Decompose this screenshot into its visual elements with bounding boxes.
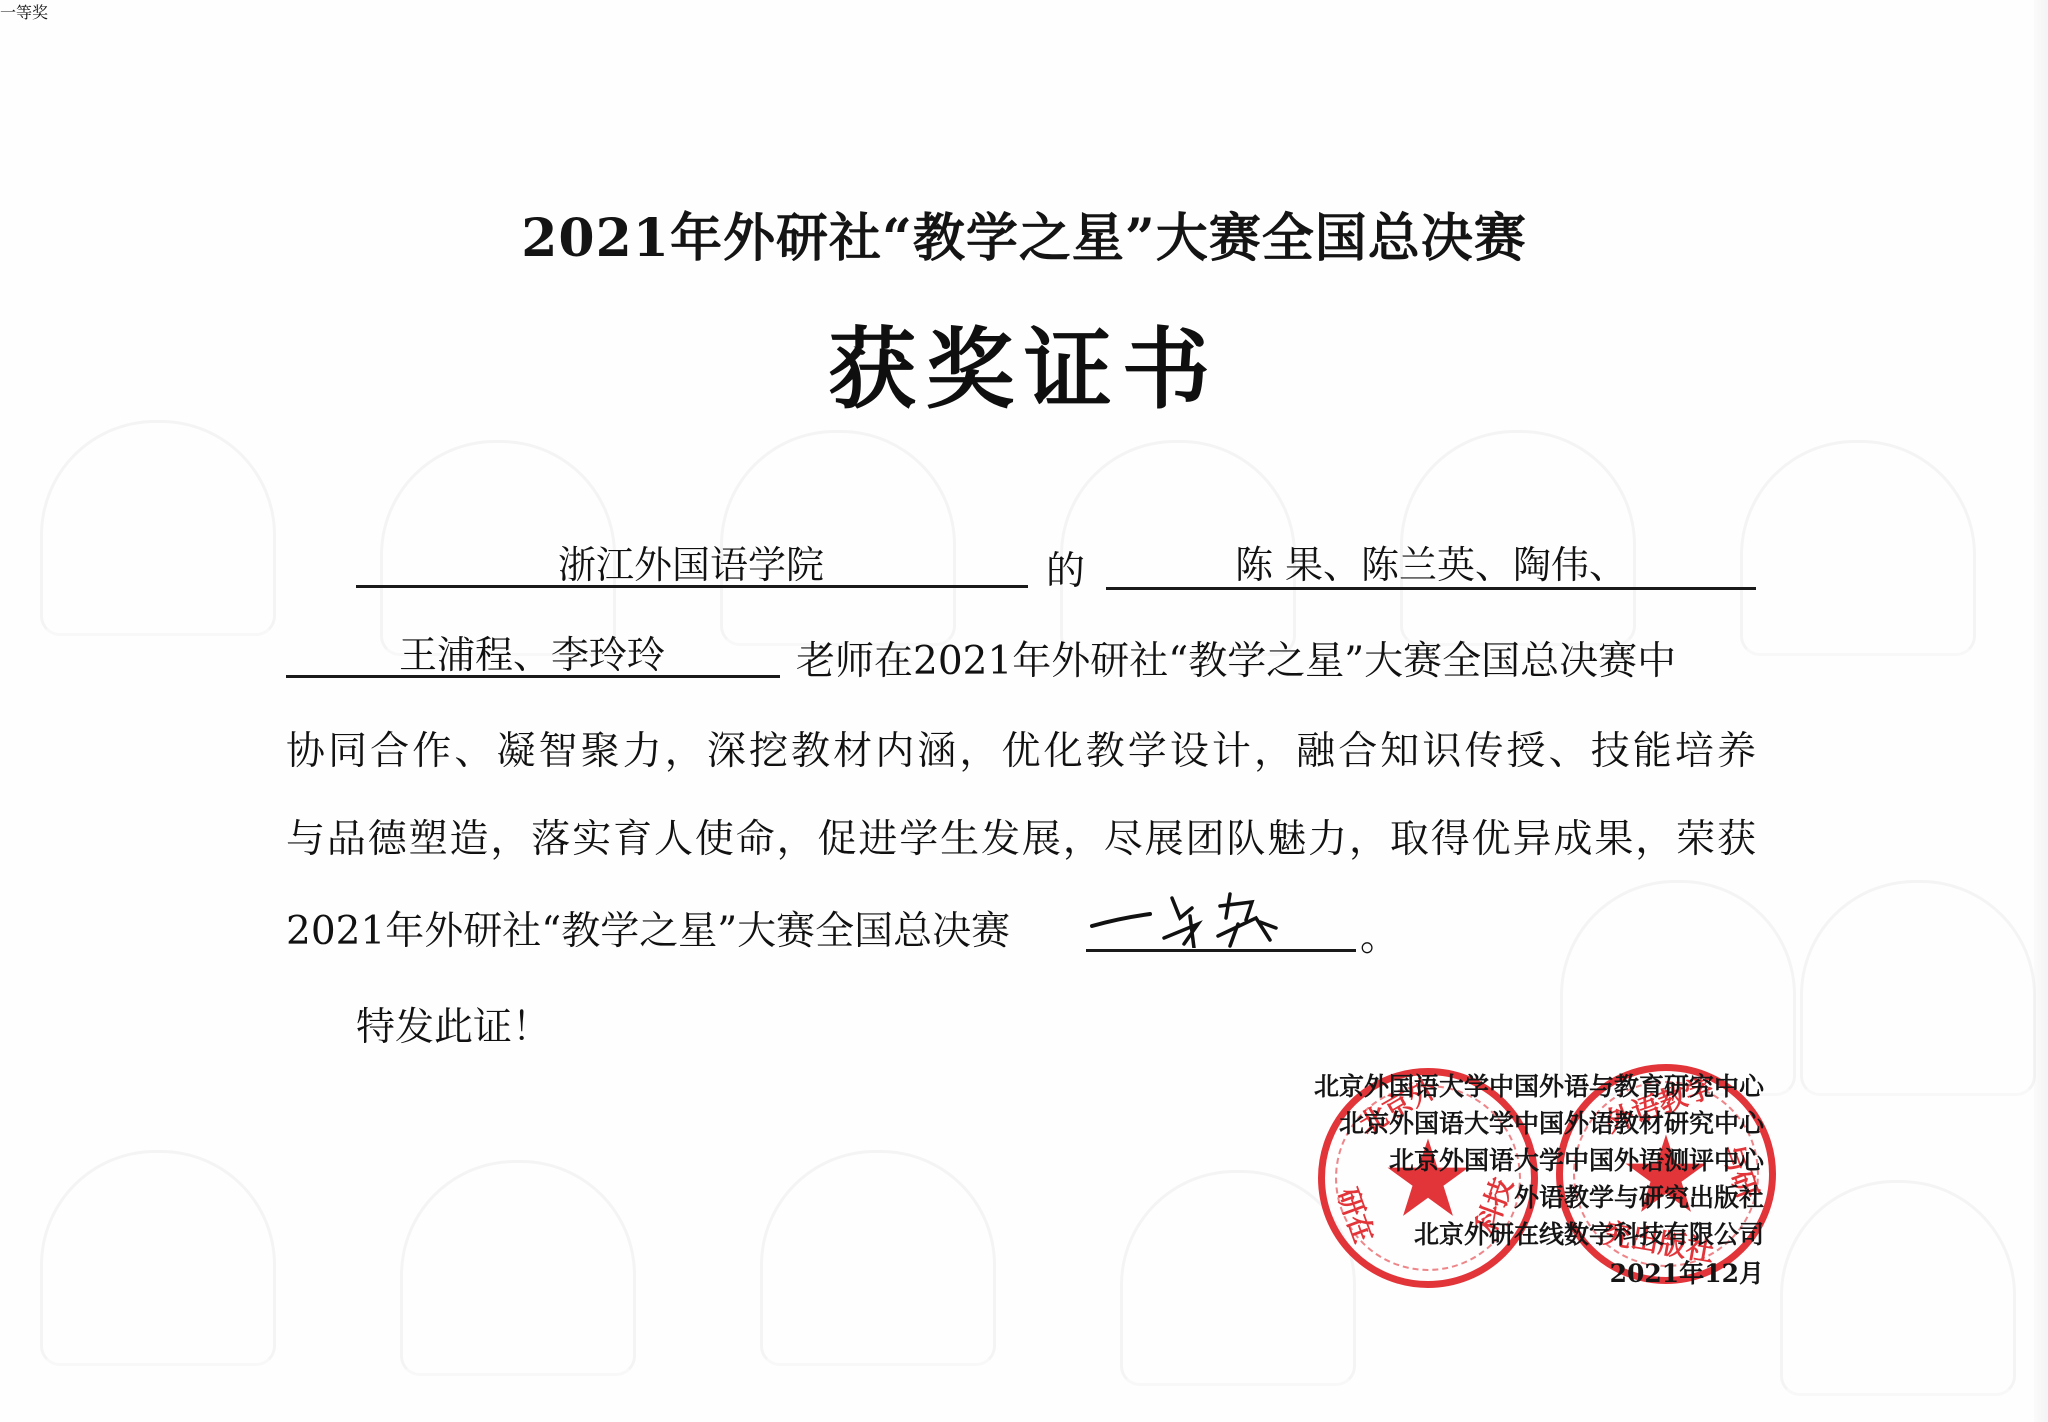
names-line1: 陈 果、陈兰英、陶伟、 xyxy=(1106,534,1756,589)
handwritten-award-signature xyxy=(1080,888,1310,948)
issuer-2: 北京外国语大学中国外语教材研究中心 xyxy=(1314,1105,1764,1142)
names-underline1 xyxy=(1106,587,1756,590)
names-underline2 xyxy=(286,675,780,678)
watermark xyxy=(1780,1180,2016,1396)
watermark xyxy=(400,1160,636,1376)
watermark xyxy=(40,1150,276,1366)
watermark xyxy=(40,420,276,636)
issuer-1: 北京外国语大学中国外语与教育研究中心 xyxy=(1314,1068,1764,1105)
issuer-3: 北京外国语大学中国外语测评中心 xyxy=(1314,1142,1764,1179)
certificate-paper: 2021年外研社“教学之星”大赛全国总决赛 获奖证书 浙江外国语学院 的 陈 果… xyxy=(0,0,2048,1422)
closing-text: 特发此证！ xyxy=(356,996,551,1052)
award-suffix: 。 xyxy=(1360,906,1399,962)
watermark xyxy=(1560,880,1796,1096)
issue-date: 2021年12月 xyxy=(1314,1255,1764,1292)
watermark xyxy=(1800,880,2036,1096)
issuer-list: 北京外国语大学中国外语与教育研究中心 北京外国语大学中国外语教材研究中心 北京外… xyxy=(1314,1068,1764,1292)
line2-text: 老师在2021年外研社“教学之星”大赛全国总决赛中 xyxy=(796,630,1676,686)
body-line-2: 与品德塑造，落实育人使命，促进学生发展，尽展团队魅力，取得优异成果，荣获 xyxy=(286,808,1756,864)
body-line-1: 协同合作、凝智聚力，深挖教材内涵，优化教学设计，融合知识传授、技能培养 xyxy=(286,720,1756,776)
issuer-5: 北京外研在线数字科技有限公司 xyxy=(1314,1216,1764,1253)
certificate-subtitle: 获奖证书 xyxy=(0,300,2048,426)
award-underline xyxy=(1086,949,1356,952)
of-label: 的 xyxy=(1046,540,1085,596)
watermark xyxy=(1740,440,1976,656)
school-name: 浙江外国语学院 xyxy=(356,534,1026,589)
issuer-4: 外语教学与研究出版社 xyxy=(1314,1179,1764,1216)
school-underline xyxy=(356,585,1028,588)
names-line2: 王浦程、李玲玲 xyxy=(286,624,778,679)
award-prefix: 2021年外研社“教学之星”大赛全国总决赛 xyxy=(286,900,1010,956)
certificate-title: 2021年外研社“教学之星”大赛全国总决赛 xyxy=(0,196,2048,271)
watermark xyxy=(760,1150,996,1366)
